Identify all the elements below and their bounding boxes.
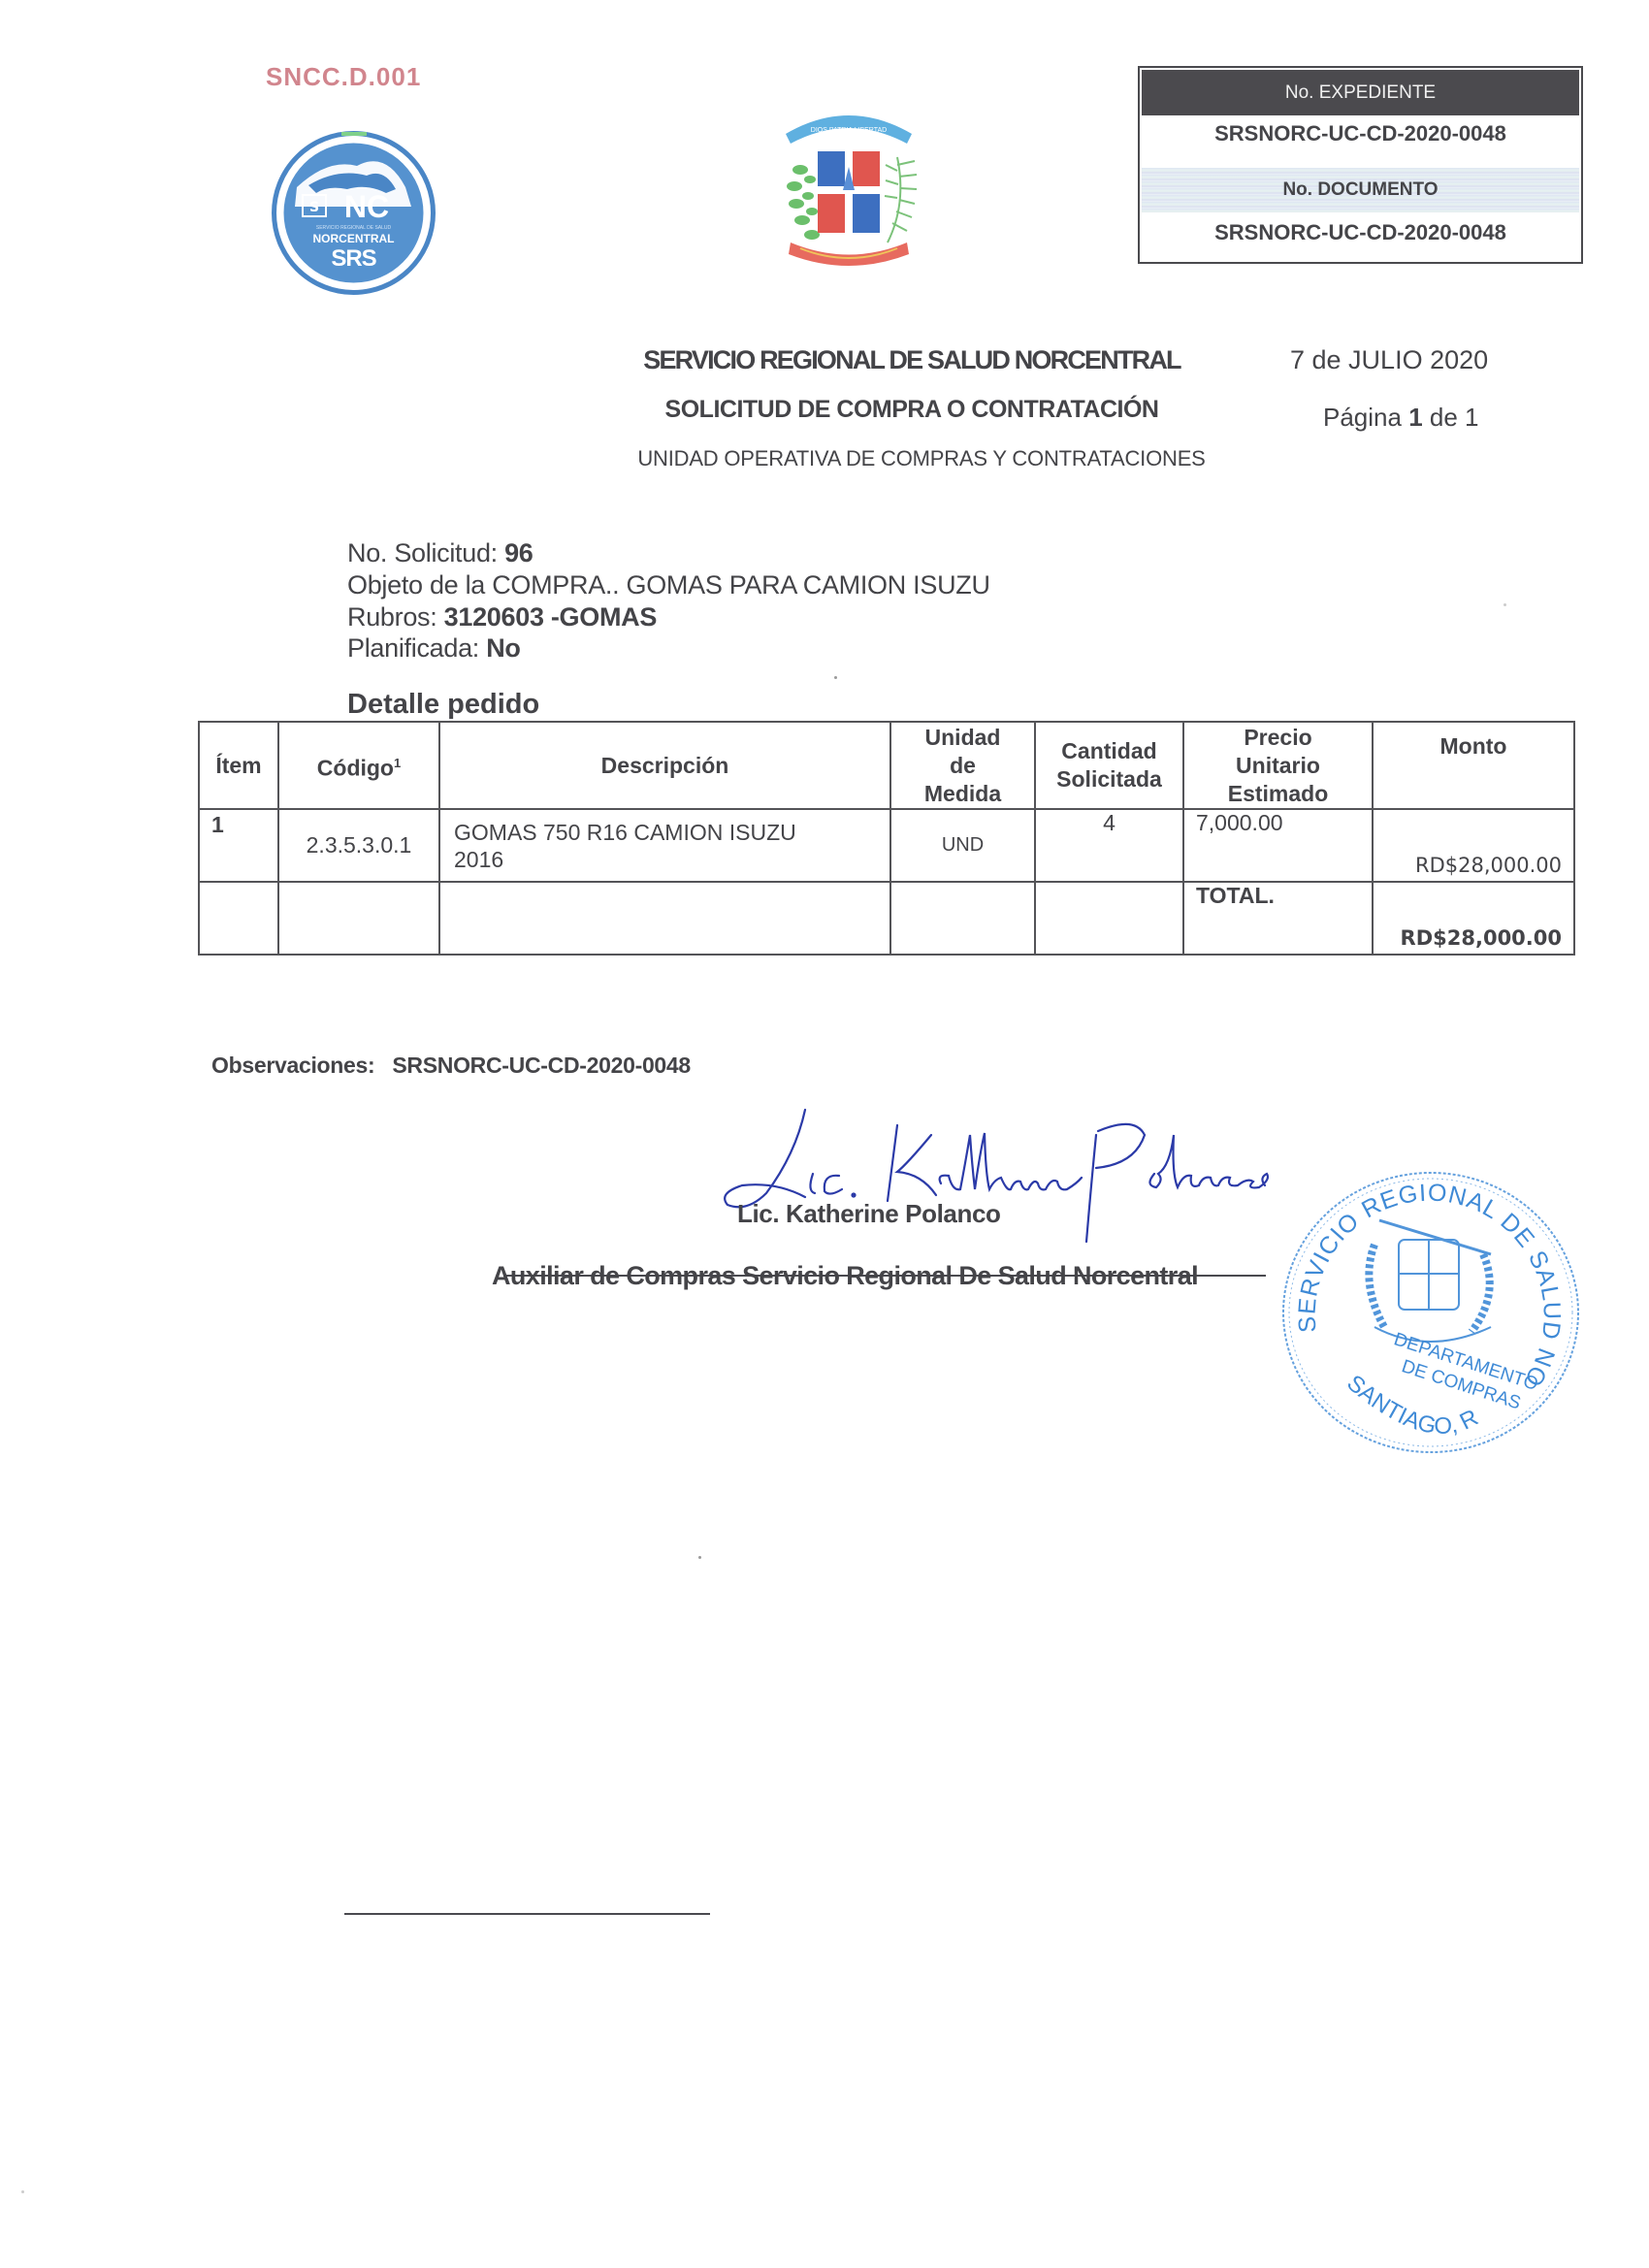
header-unidad-l1: Unidad (891, 724, 1034, 752)
detail-section-title: Detalle pedido (347, 689, 539, 721)
solicitud-line: No. Solicitud: 96 (347, 538, 533, 568)
header-unidad-l3: Medida (891, 780, 1034, 808)
cell-precio: 7,000.00 (1183, 809, 1373, 882)
solicitud-label: No. Solicitud: (347, 538, 504, 567)
logo-region-text: NORCENTRAL (313, 232, 395, 245)
observaciones-label: Observaciones: (211, 1053, 374, 1078)
documento-label: No. DOCUMENTO (1142, 168, 1579, 212)
header-descripcion: Descripción (439, 722, 890, 809)
document-title: SOLICITUD DE COMPRA O CONTRATACIÓN (621, 396, 1203, 424)
organization-title: SERVICIO REGIONAL DE SALUD NORCENTRAL (621, 345, 1203, 375)
objeto-label: Objeto de la COMPRA.. (347, 570, 627, 599)
table-row: 1 2.3.5.3.0.1 GOMAS 750 R16 CAMION ISUZU… (199, 809, 1574, 882)
cell-empty (278, 882, 439, 955)
table-header-row: Ítem Código1 Descripción UnidaddeMedida … (199, 722, 1574, 809)
cell-descripcion-l1: GOMAS 750 R16 CAMION ISUZU (454, 819, 889, 846)
srs-logo: S NC SERVICIO REGIONAL DE SALUD NORCENTR… (270, 129, 437, 297)
header-unidad: UnidaddeMedida (890, 722, 1035, 809)
planificada-value: No (486, 633, 520, 663)
rubros-label: Rubros: (347, 602, 444, 632)
expediente-value: SRSNORC-UC-CD-2020-0048 (1140, 121, 1581, 146)
form-code: SNCC.D.001 (266, 62, 421, 92)
cell-monto: RD$28,000.00 (1373, 809, 1574, 882)
cell-empty (1035, 882, 1183, 955)
document-info-box: No. EXPEDIENTE SRSNORC-UC-CD-2020-0048 N… (1138, 66, 1583, 264)
planificada-label: Planificada: (347, 633, 486, 663)
cell-cantidad: 4 (1035, 809, 1183, 882)
rubros-value: 3120603 -GOMAS (444, 602, 657, 632)
scan-speck (698, 1556, 701, 1559)
expediente-label: No. EXPEDIENTE (1142, 70, 1579, 115)
header-precio-l3: Estimado (1184, 780, 1372, 808)
page-prefix: Página (1323, 403, 1408, 432)
documento-value: SRSNORC-UC-CD-2020-0048 (1140, 220, 1581, 245)
document-date: 7 de JULIO 2020 (1290, 345, 1533, 375)
header-cantidad-l1: Cantidad (1036, 737, 1182, 765)
header-codigo: Código1 (278, 722, 439, 809)
header-cantidad: CantidadSolicitada (1035, 722, 1183, 809)
cell-descripcion-l2: 2016 (454, 846, 889, 873)
logo-abbr-text: SRS (331, 245, 376, 272)
total-value: RD$28,000.00 (1373, 882, 1574, 955)
header-precio: PrecioUnitarioEstimado (1183, 722, 1373, 809)
header-unidad-l2: de (891, 752, 1034, 780)
coat-motto: DIOS PATRIA LIBERTAD (811, 127, 887, 134)
page-current: 1 (1408, 403, 1422, 432)
header-cantidad-l2: Solicitada (1036, 765, 1182, 794)
signer-name: Lic. Katherine Polanco (737, 1199, 1001, 1229)
scan-speck (834, 676, 837, 679)
table-total-row: TOTAL. RD$28,000.00 (199, 882, 1574, 955)
cell-descripcion: GOMAS 750 R16 CAMION ISUZU2016 (439, 809, 890, 882)
objeto-line: Objeto de la COMPRA.. GOMAS PARA CAMION … (347, 570, 990, 600)
cell-item: 1 (199, 809, 278, 882)
codigo-footnote: 1 (394, 756, 401, 770)
header-precio-l2: Unitario (1184, 752, 1372, 780)
signer-role: Auxiliar de Compras Servicio Regional De… (492, 1261, 1287, 1291)
scan-speck (1503, 603, 1506, 606)
solicitud-value: 96 (504, 538, 533, 567)
scan-speck (21, 2190, 24, 2193)
header-item: Ítem (199, 722, 278, 809)
header-precio-l1: Precio (1184, 724, 1372, 752)
cell-empty (890, 882, 1035, 955)
rubros-line: Rubros: 3120603 -GOMAS (347, 602, 657, 632)
cell-empty (439, 882, 890, 955)
page-indicator: Página 1 de 1 (1290, 403, 1533, 433)
planificada-line: Planificada: No (347, 633, 521, 664)
objeto-value: GOMAS PARA CAMION ISUZU (627, 570, 990, 599)
logo-small-text: SERVICIO REGIONAL DE SALUD (316, 225, 392, 231)
svg-text:S: S (309, 200, 319, 215)
header-codigo-label: Código (317, 755, 394, 780)
cell-unidad: UND (890, 809, 1035, 882)
logo-nc-text: NC (344, 189, 389, 224)
coat-of-arms: DIOS PATRIA LIBERTAD (761, 97, 936, 281)
unit-title: UNIDAD OPERATIVA DE COMPRAS Y CONTRATACI… (592, 446, 1251, 471)
observaciones-value: SRSNORC-UC-CD-2020-0048 (392, 1053, 691, 1078)
detail-table: Ítem Código1 Descripción UnidaddeMedida … (198, 721, 1575, 956)
bottom-rule (344, 1913, 710, 1915)
cell-codigo: 2.3.5.3.0.1 (278, 809, 439, 882)
page-suffix: de 1 (1423, 403, 1479, 432)
official-stamp: SERVICIO REGIONAL DE SALUD NORCENTRAL II… (1277, 1167, 1584, 1458)
header-monto: Monto (1373, 722, 1574, 809)
cell-empty (199, 882, 278, 955)
observaciones: Observaciones:SRSNORC-UC-CD-2020-0048 (211, 1053, 691, 1079)
total-label: TOTAL. (1183, 882, 1373, 955)
